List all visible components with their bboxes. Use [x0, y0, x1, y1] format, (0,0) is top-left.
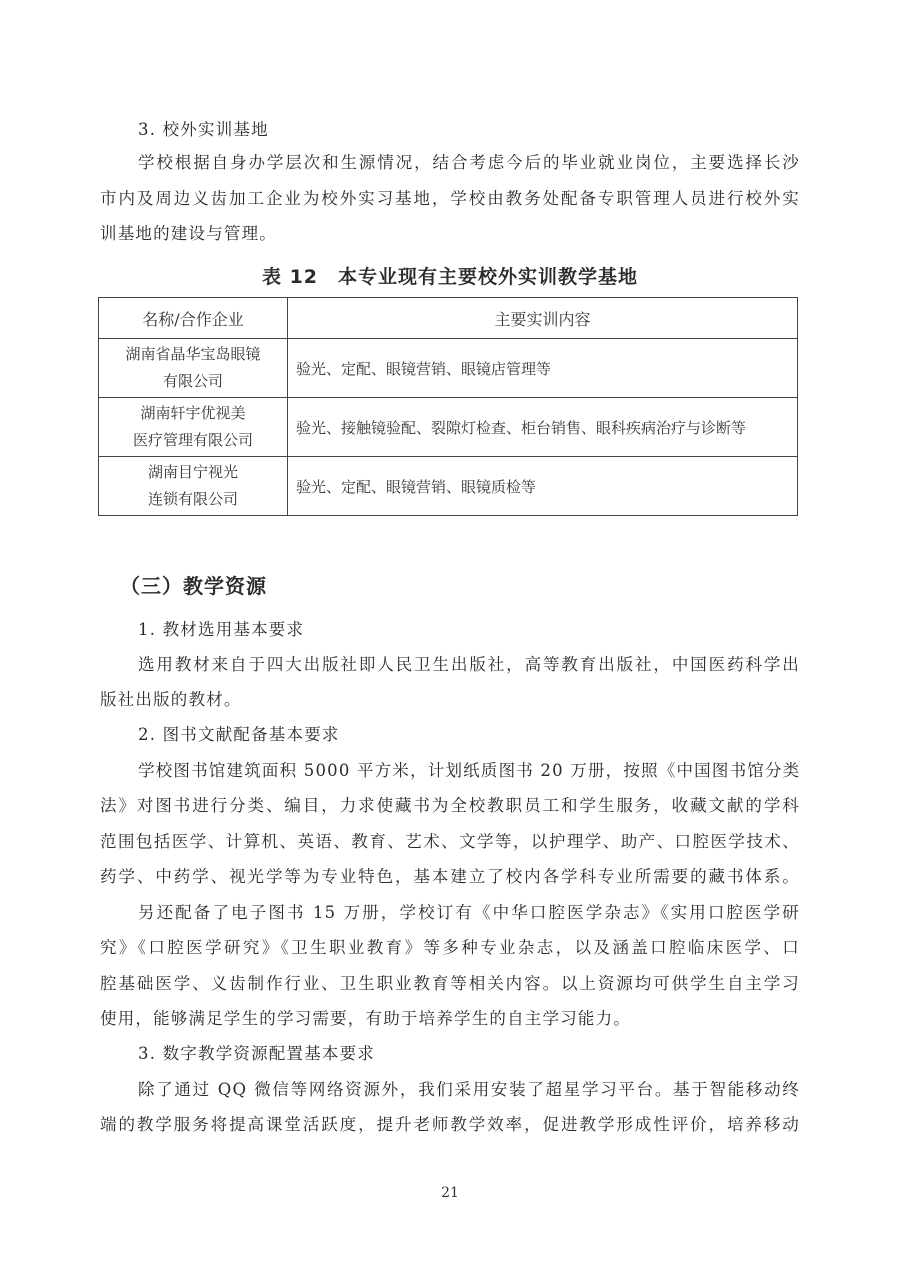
page-number: 21 — [0, 1185, 900, 1201]
paragraph-line: 药学、中药学、视光学等为专业特色，基本建立了校内各学科专业所需要的藏书体系。 — [100, 867, 800, 887]
paragraph-line: 法》对图书进行分类、编目，力求使藏书为全校教职员工和学生服务，收藏文献的学科 — [100, 796, 800, 816]
paragraph-line: 另还配备了电子图书 15 万册，学校订有《中华口腔医学杂志》《实用口腔医学研 — [138, 903, 800, 923]
subsection-2-heading: 2. 图书文献配备基本要求 — [138, 725, 838, 745]
paragraph-line: 除了通过 QQ 微信等网络资源外，我们采用安装了超星学习平台。基于智能移动终 — [138, 1080, 800, 1100]
training-base-table: 名称/合作企业 主要实训内容 湖南省晶华宝岛眼镜 有限公司 验光、定配、眼镜营销… — [98, 297, 798, 516]
header-content: 主要实训内容 — [288, 298, 798, 339]
company-name: 湖南轩宇优视美 医疗管理有限公司 — [99, 398, 288, 457]
paragraph-line: 端的教学服务将提高课堂活跃度，提升老师教学效率，促进教学形成性评价，培养移动 — [100, 1115, 800, 1135]
header-name: 名称/合作企业 — [99, 298, 288, 339]
section-title: （三）教学资源 — [120, 570, 267, 599]
paragraph-line: 究》《口腔医学研究》《卫生职业教育》等多种专业杂志，以及涵盖口腔临床医学、口 — [100, 938, 800, 958]
paragraph-line: 训基地的建设与管理。 — [100, 224, 800, 244]
table-header-row: 名称/合作企业 主要实训内容 — [99, 298, 798, 339]
subsection-1-heading: 1. 教材选用基本要求 — [138, 620, 838, 640]
table-row: 湖南轩宇优视美 医疗管理有限公司 验光、接触镜验配、裂隙灯检查、柜台销售、眼科疾… — [99, 398, 798, 457]
company-name: 湖南目宁视光 连锁有限公司 — [99, 457, 288, 516]
table-caption: 表 12 本专业现有主要校外实训教学基地 — [0, 262, 900, 289]
section-3-heading: 3. 校外实训基地 — [138, 120, 838, 140]
paragraph-line: 使用，能够满足学生的学习需要，有助于培养学生的自主学习能力。 — [100, 1009, 800, 1029]
table-row: 湖南省晶华宝岛眼镜 有限公司 验光、定配、眼镜营销、眼镜店管理等 — [99, 339, 798, 398]
table-row: 湖南目宁视光 连锁有限公司 验光、定配、眼镜营销、眼镜质检等 — [99, 457, 798, 516]
training-content: 验光、接触镜验配、裂隙灯检查、柜台销售、眼科疾病治疗与诊断等 — [288, 398, 798, 457]
subsection-3-heading: 3. 数字教学资源配置基本要求 — [138, 1044, 838, 1064]
training-content: 验光、定配、眼镜营销、眼镜质检等 — [288, 457, 798, 516]
company-name: 湖南省晶华宝岛眼镜 有限公司 — [99, 339, 288, 398]
paragraph-line: 市内及周边义齿加工企业为校外实习基地，学校由教务处配备专职管理人员进行校外实 — [100, 189, 800, 209]
paragraph-line: 版社出版的教材。 — [100, 690, 800, 710]
paragraph-line: 选用教材来自于四大出版社即人民卫生出版社，高等教育出版社，中国医药科学出 — [138, 655, 800, 675]
paragraph-line: 学校图书馆建筑面积 5000 平方米，计划纸质图书 20 万册，按照《中国图书馆… — [138, 761, 800, 781]
paragraph-line: 腔基础医学、义齿制作行业、卫生职业教育等相关内容。以上资源均可供学生自主学习 — [100, 974, 800, 994]
training-content: 验光、定配、眼镜营销、眼镜店管理等 — [288, 339, 798, 398]
paragraph-line: 学校根据自身办学层次和生源情况，结合考虑今后的毕业就业岗位，主要选择长沙 — [138, 153, 800, 173]
paragraph-line: 范围包括医学、计算机、英语、教育、艺术、文学等，以护理学、助产、口腔医学技术、 — [100, 832, 800, 852]
